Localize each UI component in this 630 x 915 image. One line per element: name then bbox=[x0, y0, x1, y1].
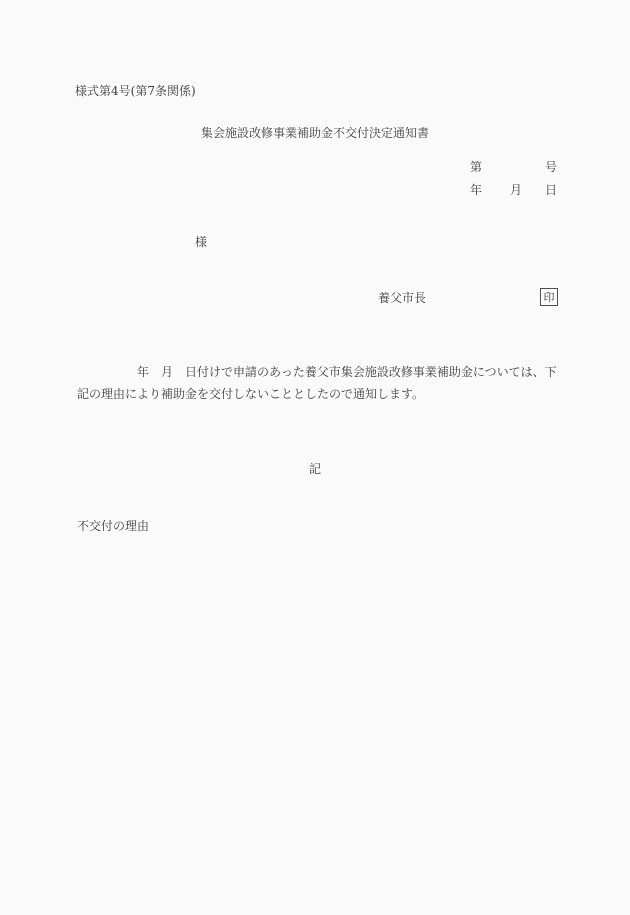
seal-mark: 印 bbox=[544, 292, 555, 303]
document-page: 様式第4号(第7条関係) 集会施設改修事業補助金不交付決定通知書 第 号 年 月… bbox=[0, 0, 630, 915]
date-month-label: 月 bbox=[510, 184, 522, 196]
document-title: 集会施設改修事業補助金不交付決定通知書 bbox=[0, 127, 630, 139]
date-day-label: 日 bbox=[545, 184, 557, 196]
body-line: 年 月 日付けで申請のあった養父市集会施設改修事業補助金については、下 bbox=[137, 366, 557, 378]
doc-number-suffix: 号 bbox=[545, 161, 557, 173]
ki-marker: 記 bbox=[0, 463, 630, 475]
date-year-label: 年 bbox=[470, 184, 482, 196]
addressee-suffix-label: 様 bbox=[195, 236, 207, 248]
nonpayment-reason-label: 不交付の理由 bbox=[77, 520, 149, 532]
seal-box: 印 bbox=[540, 288, 558, 306]
doc-number-prefix: 第 bbox=[470, 161, 482, 173]
body-line: 記の理由により補助金を交付しないこととしたので通知します。 bbox=[77, 388, 424, 400]
form-number-label: 様式第4号(第7条関係) bbox=[75, 85, 196, 97]
sender-mayor-label: 養父市長 bbox=[378, 292, 426, 304]
